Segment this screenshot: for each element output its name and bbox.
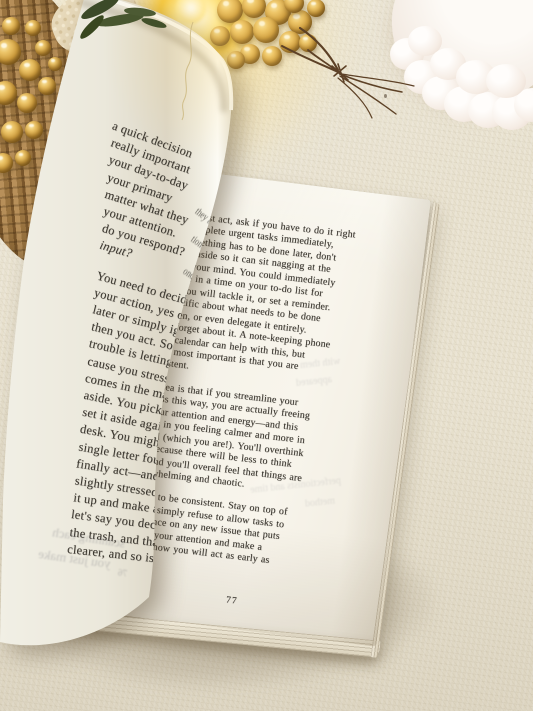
photo-open-book-scene: you must act, ask if you have to do it r… [0, 0, 533, 711]
light-wire [182, 22, 193, 120]
pine-sprig [78, 0, 168, 41]
greenery-and-twigs [0, 0, 533, 711]
